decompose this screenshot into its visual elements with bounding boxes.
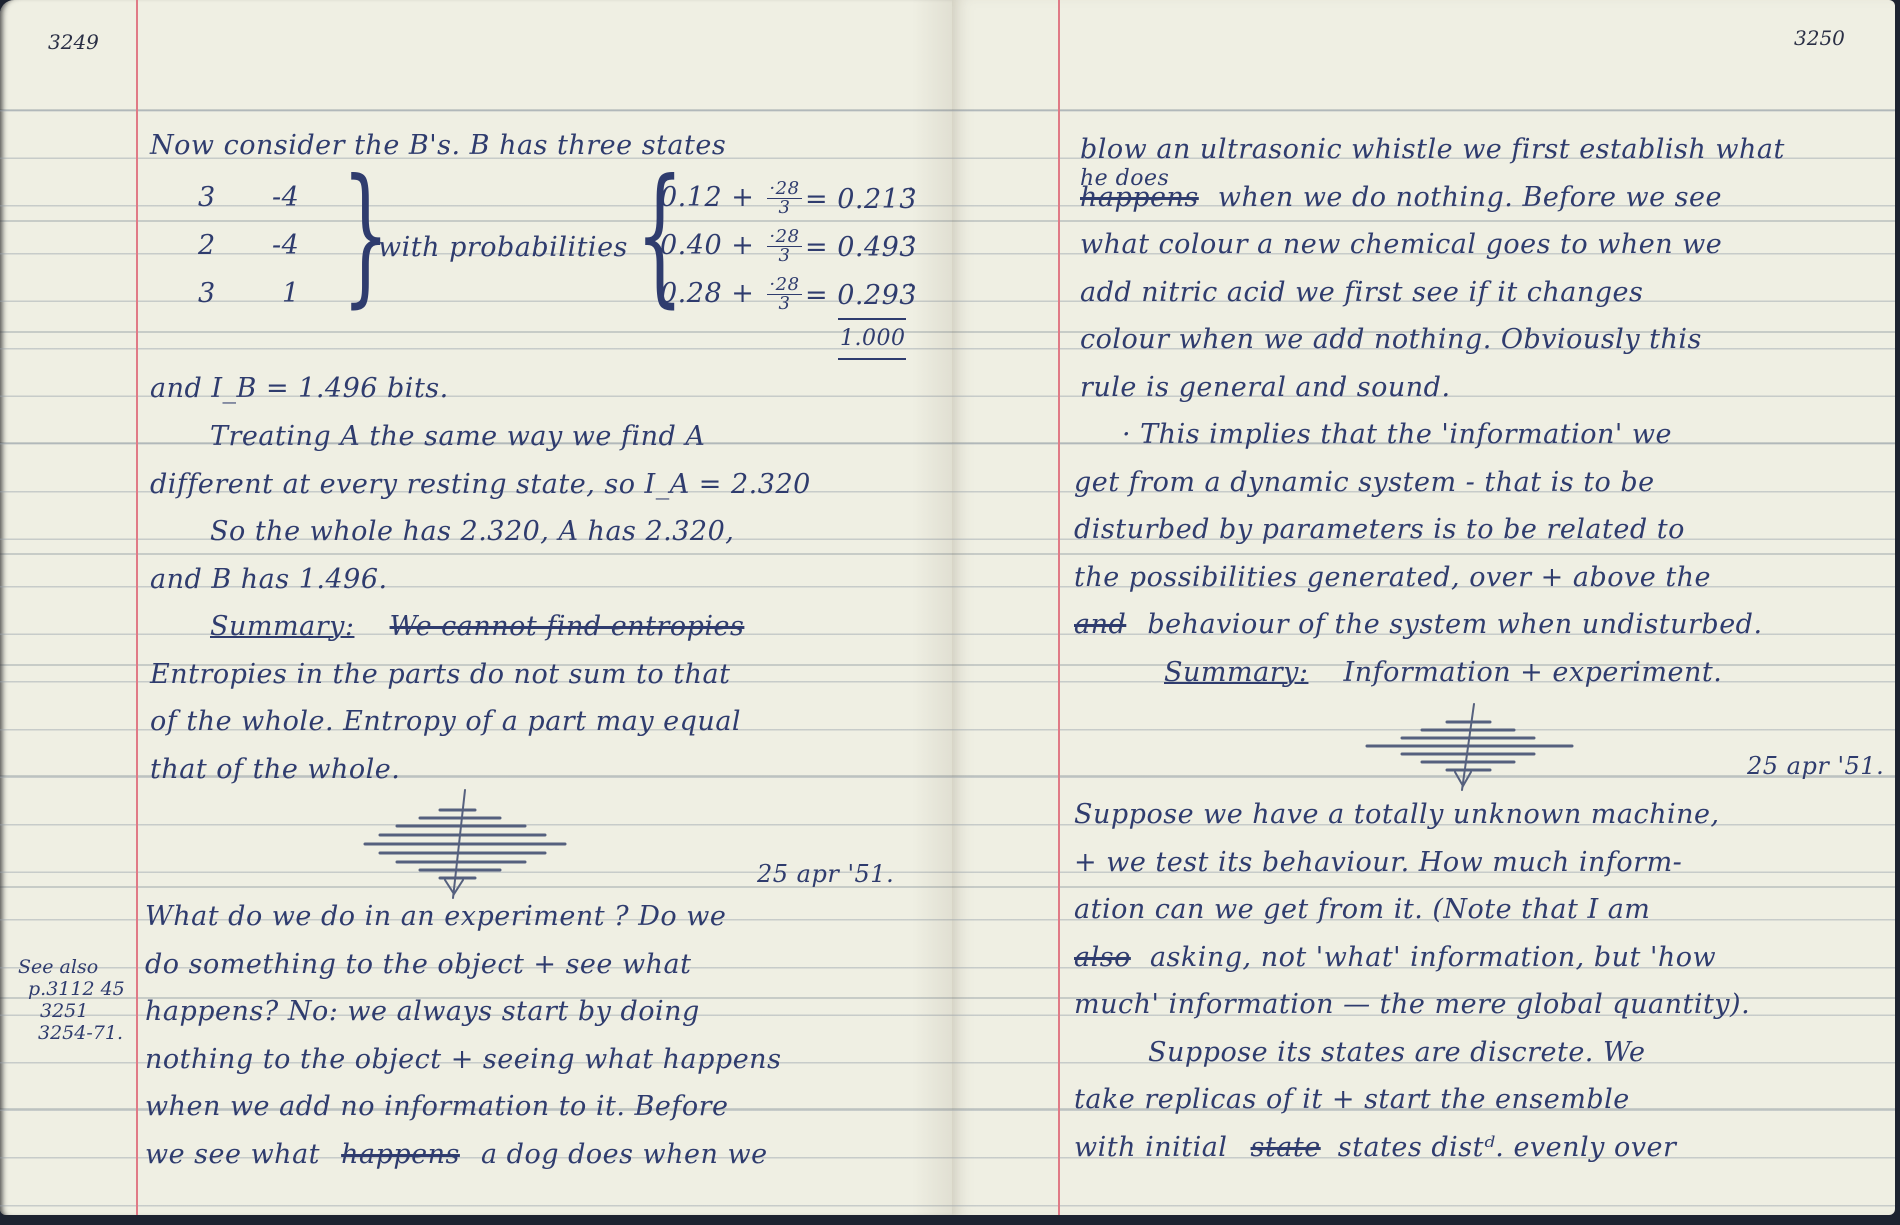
machine-line-1: Suppose we have a totally unknown machin… <box>1074 799 1720 830</box>
prob-result-2: = 0.493̇ <box>805 232 917 263</box>
text-line-4: add nitric acid we first see if it chang… <box>1080 277 1643 308</box>
probability-row-1: 0.12 + ·283 <box>660 180 806 217</box>
behaviour-line: and behaviour of the system when undistu… <box>1074 609 1763 640</box>
fraction: ·283 <box>767 228 801 265</box>
text-span: a dog does when we <box>481 1139 768 1170</box>
ib-line: and I_B = 1.496 bits. <box>150 373 449 404</box>
text-span: we see what <box>145 1139 320 1170</box>
prob-total: 1.000 <box>840 326 905 351</box>
denominator: 3 <box>779 199 791 217</box>
treating-line: Treating A the same way we find A <box>210 421 705 452</box>
text-line-5: colour when we add nothing. Obviously th… <box>1080 324 1702 355</box>
text-line-1: blow an ultrasonic whistle we first esta… <box>1080 134 1785 165</box>
text-line-2: happens when we do nothing. Before we se… <box>1080 182 1722 213</box>
experiment-line-3: happens? No: we always start by doing <box>145 996 700 1027</box>
state-a-1: 3 <box>198 182 216 213</box>
implies-line-1: · This implies that the 'information' we <box>1122 419 1672 450</box>
summary-line: Summary: We cannot find entropies <box>210 611 744 642</box>
different-line: different at every resting state, so I_A… <box>150 469 811 500</box>
machine-line-3: ation can we get from it. (Note that I a… <box>1074 894 1650 925</box>
section-separator-star <box>1322 700 1622 792</box>
sum-rule <box>838 318 906 320</box>
state-b-1: -4 <box>272 182 299 213</box>
state-b-2: -4 <box>272 230 299 261</box>
discrete-line-2: take replicas of it + start the ensemble <box>1074 1084 1630 1115</box>
entry-date: 25 apr '51. <box>757 860 894 888</box>
struck-text: We cannot find entropies <box>390 611 745 642</box>
prob-result-3: = 0.293̇ <box>805 280 917 311</box>
experiment-line-2: do something to the object + see what <box>145 949 691 980</box>
text-span: behaviour of the system when undisturbed… <box>1147 609 1762 640</box>
prob-base: 0.40 + <box>660 230 754 261</box>
gutter-shadow <box>912 0 952 1215</box>
probability-row-2: 0.40 + ·283 <box>660 228 806 265</box>
struck-text: happens <box>341 1139 460 1170</box>
implies-line-2: get from a dynamic system - that is to b… <box>1074 467 1655 498</box>
left-page: 3249 Now consider the B's. B has three s… <box>0 0 952 1215</box>
page-number: 3250 <box>1794 26 1845 50</box>
experiment-line-5: when we add no information to it. Before <box>145 1091 728 1122</box>
summary-line: Summary: Information + experiment. <box>1164 657 1722 688</box>
experiment-line-1: What do we do in an experiment ? Do we <box>145 901 726 932</box>
b-has-line: and B has 1.496. <box>150 564 388 595</box>
section-separator-star <box>325 780 635 900</box>
much-line: much' information — the mere global quan… <box>1074 989 1750 1020</box>
summary-label: Summary: <box>1164 657 1308 688</box>
text-line-3: what colour a new chemical goes to when … <box>1080 229 1722 260</box>
asking-line: also asking, not 'what' information, but… <box>1074 942 1716 973</box>
right-page: 3250 blow an ultrasonic whistle we first… <box>952 0 1895 1215</box>
experiment-line-4: nothing to the object + seeing what happ… <box>145 1044 781 1075</box>
margin-note: See also p.3112 45 3251 3254-71. <box>18 956 125 1044</box>
margin-note-line: See also <box>18 956 125 978</box>
denominator: 3 <box>779 295 791 313</box>
experiment-line-6: we see what happens a dog does when we <box>145 1139 768 1170</box>
summary-text-1: Entropies in the parts do not sum to tha… <box>150 659 730 690</box>
fraction: ·283 <box>767 276 801 313</box>
margin-rule <box>136 0 138 1215</box>
state-a-3: 3 <box>198 278 216 309</box>
final-line: with initial state states distᵈ. evenly … <box>1074 1132 1676 1163</box>
state-a-2: 2 <box>198 230 216 261</box>
fraction: ·283 <box>767 180 801 217</box>
denominator: 3 <box>779 247 791 265</box>
whole-line: So the whole has 2.320, A has 2.320, <box>210 516 734 547</box>
struck-text: also <box>1074 942 1131 973</box>
text-span: states distᵈ. evenly over <box>1338 1132 1677 1163</box>
struck-text: state <box>1251 1132 1321 1163</box>
probability-row-3: 0.28 + ·283 <box>660 276 806 313</box>
page-number: 3249 <box>48 30 99 54</box>
margin-note-line: p.3112 45 <box>18 978 125 1000</box>
summary-text-2: of the whole. Entropy of a part may equa… <box>150 706 741 737</box>
implies-line-3: disturbed by parameters is to be related… <box>1074 514 1685 545</box>
prob-base: 0.12 + <box>660 182 754 213</box>
state-b-3: 1 <box>282 278 300 309</box>
struck-text: and <box>1074 609 1126 640</box>
margin-note-line: 3254-71. <box>18 1022 125 1044</box>
text-line-6: rule is general and sound. <box>1080 372 1451 403</box>
text-span: when we do nothing. Before we see <box>1218 182 1722 213</box>
struck-text: happens <box>1080 182 1199 213</box>
text-span: with initial <box>1074 1132 1227 1163</box>
prob-result-1: = 0.213̇ <box>805 184 917 215</box>
with-probabilities-label: with probabilities <box>378 232 628 263</box>
margin-note-line: 3251 <box>18 1000 125 1022</box>
summary-label: Summary: <box>210 611 354 642</box>
summary-text: Information + experiment. <box>1344 657 1723 688</box>
machine-line-2: + we test its behaviour. How much inform… <box>1074 847 1682 878</box>
text-span: asking, not 'what' information, but 'how <box>1150 942 1716 973</box>
margin-rule <box>1058 0 1060 1215</box>
entry-date: 25 apr '51. <box>1747 752 1884 780</box>
prob-base: 0.28 + <box>660 278 754 309</box>
discrete-line-1: Suppose its states are discrete. We <box>1148 1037 1646 1068</box>
implies-line-4: the possibilities generated, over + abov… <box>1074 562 1711 593</box>
total-underline <box>838 358 906 360</box>
